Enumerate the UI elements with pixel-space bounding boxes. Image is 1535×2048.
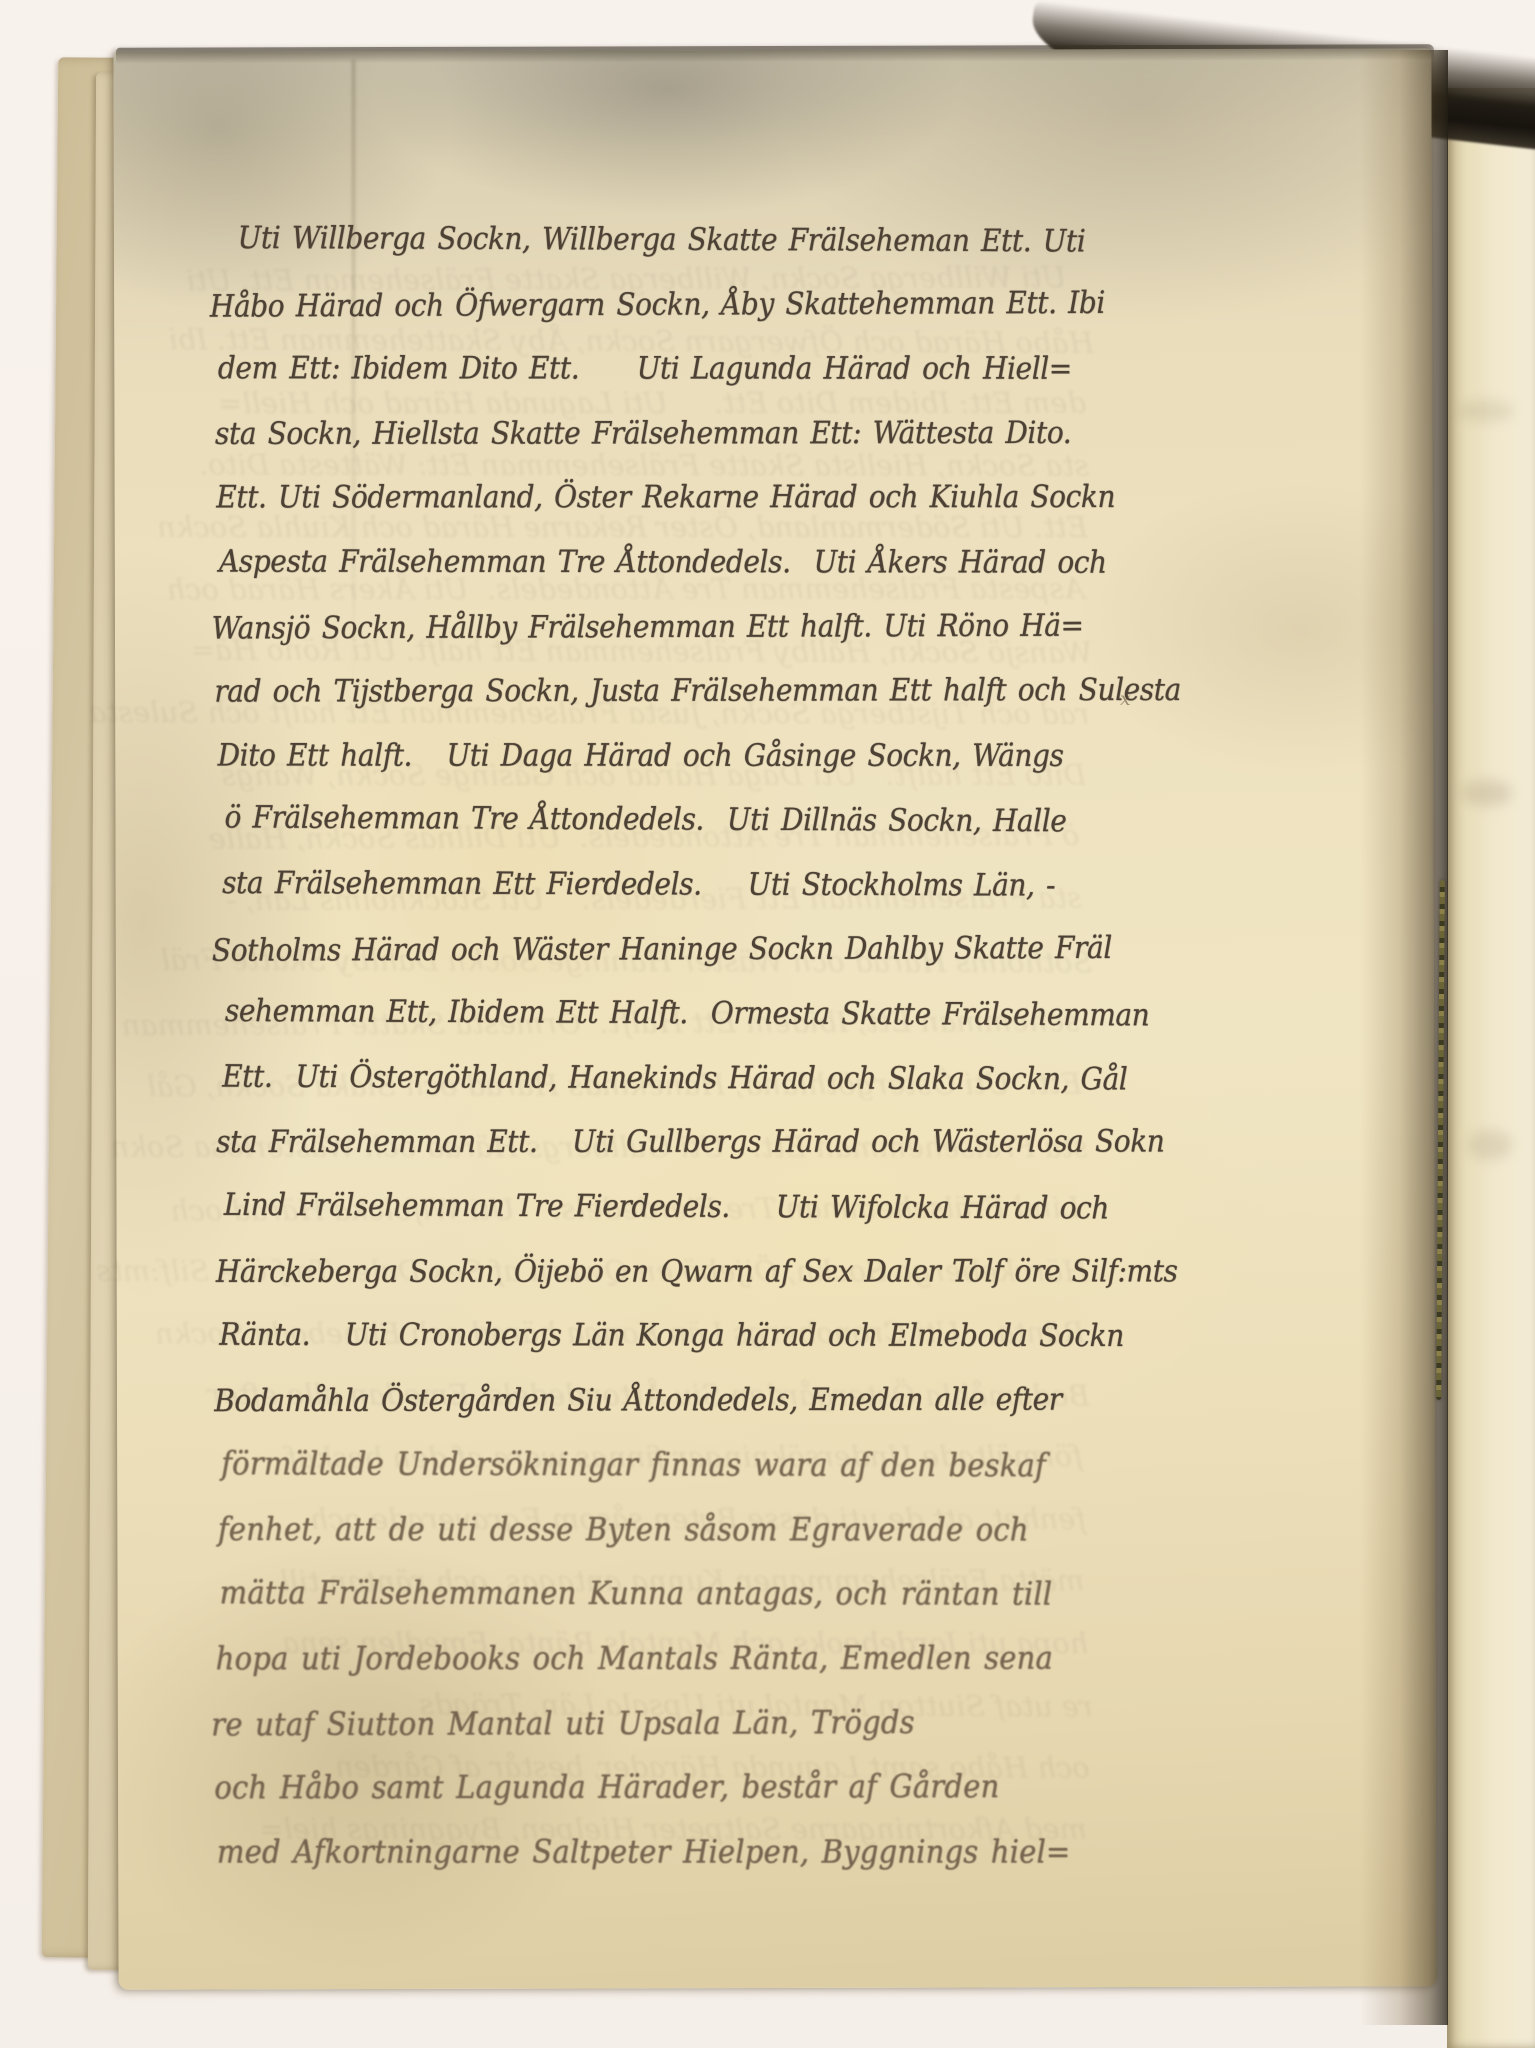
manuscript-line: dem Ett: Ibidem Dito Ett. Uti Lagunda Hä… [218,337,1123,402]
manuscript-line: Ett. Uti Östergöthland, Hanekinds Härad … [222,1045,1127,1112]
manuscript-line: mätta Frälsehemmanen Kunna antagas, och … [220,1561,1125,1627]
manuscript-line: Ett. Uti Södermanland, Öster Rekarne Här… [216,466,1121,531]
manuscript-line: hopa uti Jordebooks och Mantals Ränta, E… [216,1626,1121,1691]
scan-background: { "document": { "kind": "Handwritten man… [0,0,1535,2048]
manuscript-line: Härckeberga Sockn, Öijebö en Qwarn af Se… [216,1239,1121,1304]
manuscript-line: Håbo Härad och Öfwergarn Sockn, Åby Skat… [210,271,1115,339]
facing-page-stain [1462,780,1512,806]
facing-page-stain [1458,400,1513,422]
manuscript-text: Uti Willberga Sockn, Willberga Skatte Fr… [214,208,1119,1884]
manuscript-line: med Afkortningarne Saltpeter Hielpen, By… [217,1819,1122,1883]
manuscript-line: ö Frälsehemman Tre Åttondedels. Uti Dill… [224,786,1129,855]
manuscript-line: Aspesta Frälsehemman Tre Åttondedels. Ut… [219,530,1124,595]
manuscript-line: fenhet, att de uti desse Byten såsom Egr… [218,1497,1123,1562]
manuscript-line: Uti Willberga Sockn, Willberga Skatte Fr… [238,206,1143,274]
manuscript-line: Bodamåhla Östergården Siu Åttondedels, E… [214,1367,1119,1433]
manuscript-line: sta Frälsehemman Ett Fierdedels. Uti Sto… [222,851,1127,918]
manuscript-line: Wansjö Sockn, Hållby Frälsehemman Ett ha… [212,593,1117,660]
manuscript-line: och Håbo samt Lagunda Härader, består af… [214,1754,1119,1820]
manuscript-line: sehemman Ett, Ibidem Ett Halft. Ormesta … [225,979,1130,1048]
manuscript-line: Sotholms Härad och Wäster Haninge Sockn … [212,916,1117,983]
manuscript-line: Lind Frälsehemman Tre Fierdedels. Uti Wi… [224,1173,1129,1241]
manuscript-line: rad och Tijstberga Sockn, Justa Frälsehe… [214,658,1119,724]
manuscript-line: Ränta. Uti Cronobergs Län Konga härad oc… [219,1303,1124,1369]
manuscript-line: sta Frälsehemman Ett. Uti Gullbergs Hära… [216,1110,1121,1175]
manuscript-line: sta Sockn, Hiellsta Skatte Frälsehemman … [215,401,1120,466]
manuscript-line: re utaf Siutton Mantal uti Upsala Län, T… [211,1689,1116,1757]
marginal-x-mark: x [1120,688,1131,710]
manuscript-line: Dito Ett halft. Uti Daga Härad och Gåsin… [218,723,1123,788]
facing-page-edge [1447,88,1535,2048]
manuscript-line: förmältade Undersökningar finnas wara af… [221,1431,1126,1498]
gutter-shadow [1360,50,1448,2025]
facing-page-stain [1468,1130,1512,1160]
